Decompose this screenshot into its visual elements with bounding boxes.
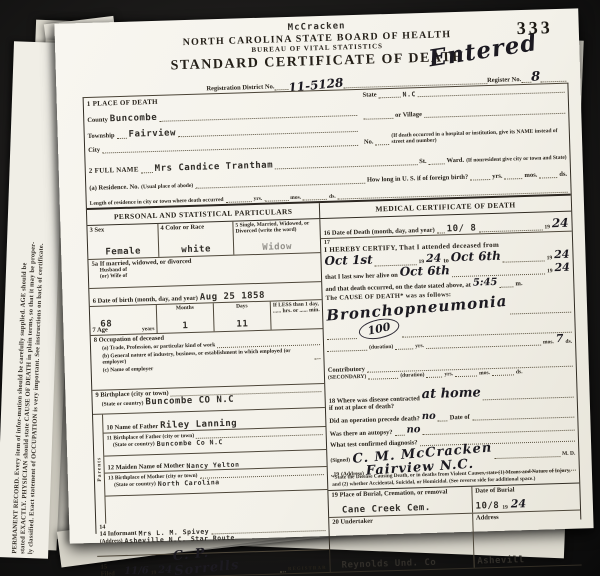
contracted-value: at home: [421, 385, 481, 402]
city-label: City: [88, 147, 100, 154]
informant-address-label: (Address): [100, 538, 123, 545]
mother-bp-value: North Carolina: [158, 478, 220, 488]
sex-label: 3 Sex: [89, 225, 155, 234]
yrs-label: yrs.: [492, 173, 503, 180]
undertaker-label: 20 Undertaker: [332, 515, 469, 526]
filed-year: 24: [158, 565, 172, 576]
secondary-label: (SECONDARY): [328, 374, 366, 381]
scanned-death-certificate: { "colors":{"background":"#1a1918","pape…: [0, 0, 600, 576]
registrar-label: REGISTRAR: [288, 566, 327, 572]
father-label: 10 Name of Father: [106, 423, 158, 432]
certificate-number: 333: [516, 17, 553, 39]
days-label: Days: [216, 303, 268, 311]
undertaker-value: Reynolds Und. Co: [333, 557, 470, 571]
township-label: Township: [88, 132, 115, 140]
ds-label: ds.: [559, 171, 567, 178]
occupation-c-label: (c) Name of employer: [103, 366, 154, 373]
attended-to: Oct 6th: [451, 249, 502, 264]
certification-block: 17 I HEREBY CERTIFY, That I attended dec…: [321, 232, 576, 367]
certificate-sheet: McCracken NORTH CAROLINA STATE BOARD OF …: [54, 8, 593, 543]
undertaker-row: 20 Undertaker Reynolds Und. Co Address A…: [329, 511, 581, 572]
duration-days-value: 7: [556, 332, 564, 345]
father-bp-value: Buncombe Co N.C: [157, 438, 223, 448]
disease-questions-block: 18 Where was disease contracted at home …: [325, 384, 578, 473]
length-label: Length of residence in city or town wher…: [90, 197, 224, 207]
mother-label: 12 Maiden Name of Mother: [107, 462, 184, 471]
death-time: 5:45: [473, 277, 498, 289]
race-label: 4 Color or Race: [160, 223, 230, 232]
occupation-row: 8 Occupation of deceased (a) Trade, Prof…: [91, 329, 325, 391]
place-of-death-label: 1 PLACE OF DEATH: [87, 98, 158, 108]
yrs-label: yrs.: [444, 371, 453, 377]
year-prefix: 19: [502, 505, 508, 511]
birthplace-value: Buncombe CO N.C: [145, 395, 234, 408]
township-value: Fairview: [128, 128, 176, 139]
burial-date-label: Date of Burial: [475, 485, 576, 495]
filed-label: 15 Filed: [100, 563, 122, 576]
state-or-country-label: (State or country): [102, 400, 144, 407]
marital-value: Widow: [236, 241, 318, 253]
dod-year: 24: [552, 216, 569, 230]
county-label: County: [87, 116, 108, 124]
last-saw-year: 24: [554, 261, 570, 274]
register-no-label: Register No.: [487, 76, 521, 84]
marital-label: 5 Single, Married, Widowed, or Divorced …: [235, 220, 317, 234]
register-no-value: 8: [531, 70, 540, 85]
ds-label: ds.: [565, 339, 572, 345]
autopsy-value: no: [406, 424, 420, 435]
mos-label: mos.: [524, 172, 537, 179]
yrs-label: yrs.: [415, 343, 424, 349]
ds-label: ds.: [329, 194, 336, 200]
state-or-country-label: (State or country): [113, 441, 155, 448]
county-value: Buncombe: [110, 113, 158, 124]
duration-label: (duration): [400, 372, 424, 379]
undertaker-address-value: Ashevill: [477, 554, 579, 567]
street-no-label: No.: [364, 138, 374, 145]
village-label: or Village: [395, 111, 422, 119]
less-than-note: If LESS than 1 day, ...... hrs. or .....…: [273, 301, 320, 314]
sex-value: Female: [90, 246, 156, 258]
parents-section: Parents 10 Name of Father Riley Lanning …: [93, 408, 328, 524]
physician-address-label: (Address): [341, 471, 364, 478]
undertaker-address-label: Address: [476, 512, 577, 522]
filed-date: 11/6: [124, 565, 149, 576]
burial-date-value: 10/8: [475, 501, 499, 512]
mother-value: Nancy Yelton: [186, 461, 239, 471]
medical-column: 16 Date of Death (month, day, and year) …: [320, 212, 581, 573]
years-label: years: [142, 326, 155, 332]
last-saw-value: Oct 6th: [400, 263, 451, 278]
age-days: 11: [216, 319, 268, 331]
dod-value: 10/ 8: [447, 223, 477, 234]
year-prefix: 19: [544, 224, 550, 230]
operation-value: no: [422, 411, 436, 422]
st-label: St.: [419, 158, 427, 165]
mos-label: mos.: [479, 370, 490, 376]
full-name-label: 2 FULL NAME: [89, 165, 139, 174]
duration-label: (duration): [369, 344, 393, 351]
personal-column: 3 Sex Female 4 Color or Race white 5 Sin…: [87, 219, 330, 576]
filed-year-prefix: 19: [151, 570, 157, 576]
months-label: Months: [159, 304, 211, 312]
attended-from: Oct 1st: [324, 253, 373, 268]
ds-label: ds.: [516, 369, 523, 375]
burial-year: 24: [511, 497, 527, 510]
to-year: 24: [554, 248, 570, 261]
state-value: N.C: [403, 90, 416, 98]
burial-label: 19 Place of Burial, Cremation, or remova…: [331, 488, 468, 499]
state-label: State: [362, 91, 376, 98]
mos-label: mos.: [290, 195, 301, 201]
mos-label: mos.: [543, 339, 554, 345]
state-or-country-label: (State or country): [114, 481, 156, 488]
yrs-label: yrs.: [253, 196, 262, 202]
race-value: white: [161, 244, 231, 256]
dob-value: Aug 25 1858: [200, 291, 265, 303]
age-months: 1: [159, 320, 211, 332]
age-years-value: 68: [100, 319, 112, 329]
parents-label: Parents: [96, 457, 103, 482]
certificate-form: 1 PLACE OF DEATH County Buncombe Townshi…: [83, 83, 582, 534]
ward-label: Ward.: [447, 157, 465, 165]
addr-prefix: , 19: [331, 472, 339, 478]
